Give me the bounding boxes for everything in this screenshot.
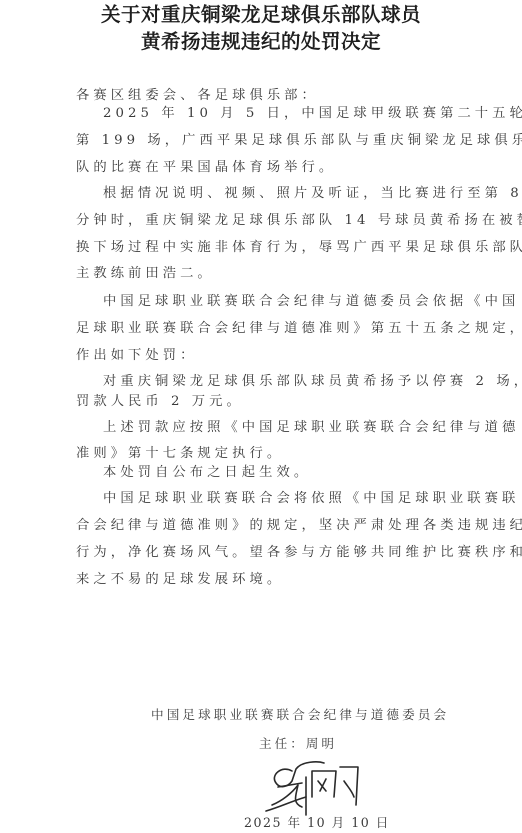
body-text-line: 队的比赛在平果国晶体育场举行。 xyxy=(76,159,336,177)
body-text-line: 罚款人民币 2 万元。 xyxy=(76,393,244,411)
body-text-line: 来之不易的足球发展环境。 xyxy=(76,571,284,589)
body-text-line: 根据情况说明、视频、照片及听证，当比赛进行至第 86 xyxy=(103,185,522,203)
body-text-line: 中国足球职业联赛联合会将依照《中国足球职业联赛联 xyxy=(103,490,519,508)
body-text-line: 行为，净化赛场风气。望各参与方能够共同维护比赛秩序和 xyxy=(76,544,522,562)
body-text-line: 第 199 场，广西平果足球俱乐部队与重庆铜梁龙足球俱乐部 xyxy=(76,132,522,150)
salutation: 各赛区组委会、各足球俱乐部： xyxy=(76,87,319,105)
signoff-organization: 中国足球职业联赛联合会纪律与道德委员会 xyxy=(151,706,449,724)
body-text-line: 合会纪律与道德准则》的规定，坚决严肃处理各类违规违纪 xyxy=(76,517,522,535)
body-text-line: 换下场过程中实施非体育行为，辱骂广西平果足球俱乐部队 xyxy=(76,239,522,257)
body-text-line: 2025 年 10 月 5 日，中国足球甲级联赛第二十五轮场序 xyxy=(103,105,522,123)
document-title-line-1: 关于对重庆铜梁龙足球俱乐部队球员 xyxy=(0,3,522,27)
signoff-director: 主任：周明 xyxy=(259,735,337,753)
body-text-line: 上述罚款应按照《中国足球职业联赛联合会纪律与道德 xyxy=(103,419,519,437)
handwritten-signature-icon xyxy=(262,757,372,817)
body-text-line: 主教练前田浩二。 xyxy=(76,265,215,283)
body-text-line: 准则》第十七条规定执行。 xyxy=(76,445,284,463)
body-text-line: 本处罚自公布之日起生效。 xyxy=(103,464,311,482)
body-text-line: 足球职业联赛联合会纪律与道德准则》第五十五条之规定， xyxy=(76,320,522,338)
body-text-line: 分钟时，重庆铜梁龙足球俱乐部队 14 号球员黄希扬在被替 xyxy=(76,212,522,230)
body-text-line: 对重庆铜梁龙足球俱乐部队球员黄希扬予以停赛 2 场， xyxy=(103,373,522,391)
document-title-line-2: 黄希扬违规违纪的处罚决定 xyxy=(0,30,522,54)
signoff-date: 2025 年 10 月 10 日 xyxy=(244,814,390,832)
body-text-line: 作出如下处罚： xyxy=(76,347,197,365)
body-text-line: 中国足球职业联赛联合会纪律与道德委员会依据《中国 xyxy=(103,293,519,311)
